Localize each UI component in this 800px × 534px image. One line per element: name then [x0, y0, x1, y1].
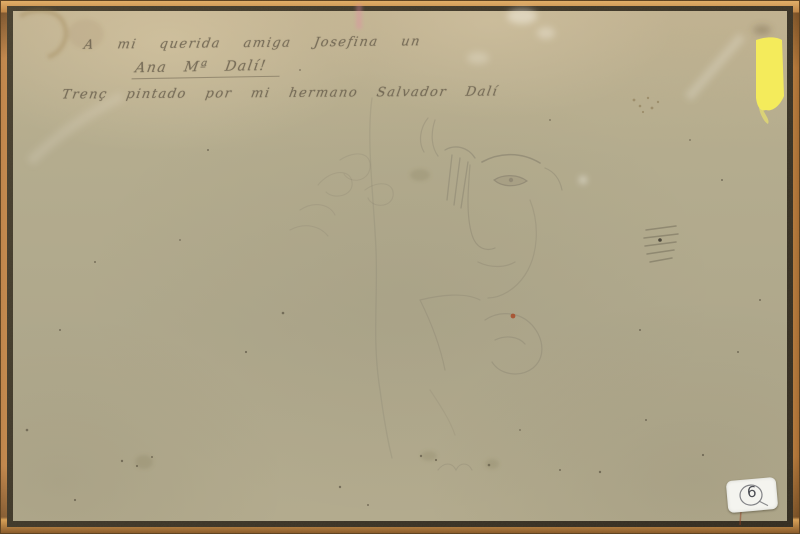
inscription-line-3: Trenç pintado por mi hermano Salvador Da… — [61, 84, 500, 102]
red-paint-dot — [511, 314, 516, 319]
scratch-mark — [740, 510, 741, 525]
inventory-sticker: 6 — [726, 477, 779, 513]
pink-streak — [356, 4, 362, 29]
inscription-line-2-signature: Ana Mª Dalí! — [132, 58, 283, 80]
framed-artwork-photo: A mi querida amiga Josefina un Ana Mª Da… — [0, 0, 800, 534]
surface-marks-layer — [0, 0, 800, 534]
sticker-number: 6 — [726, 482, 777, 503]
